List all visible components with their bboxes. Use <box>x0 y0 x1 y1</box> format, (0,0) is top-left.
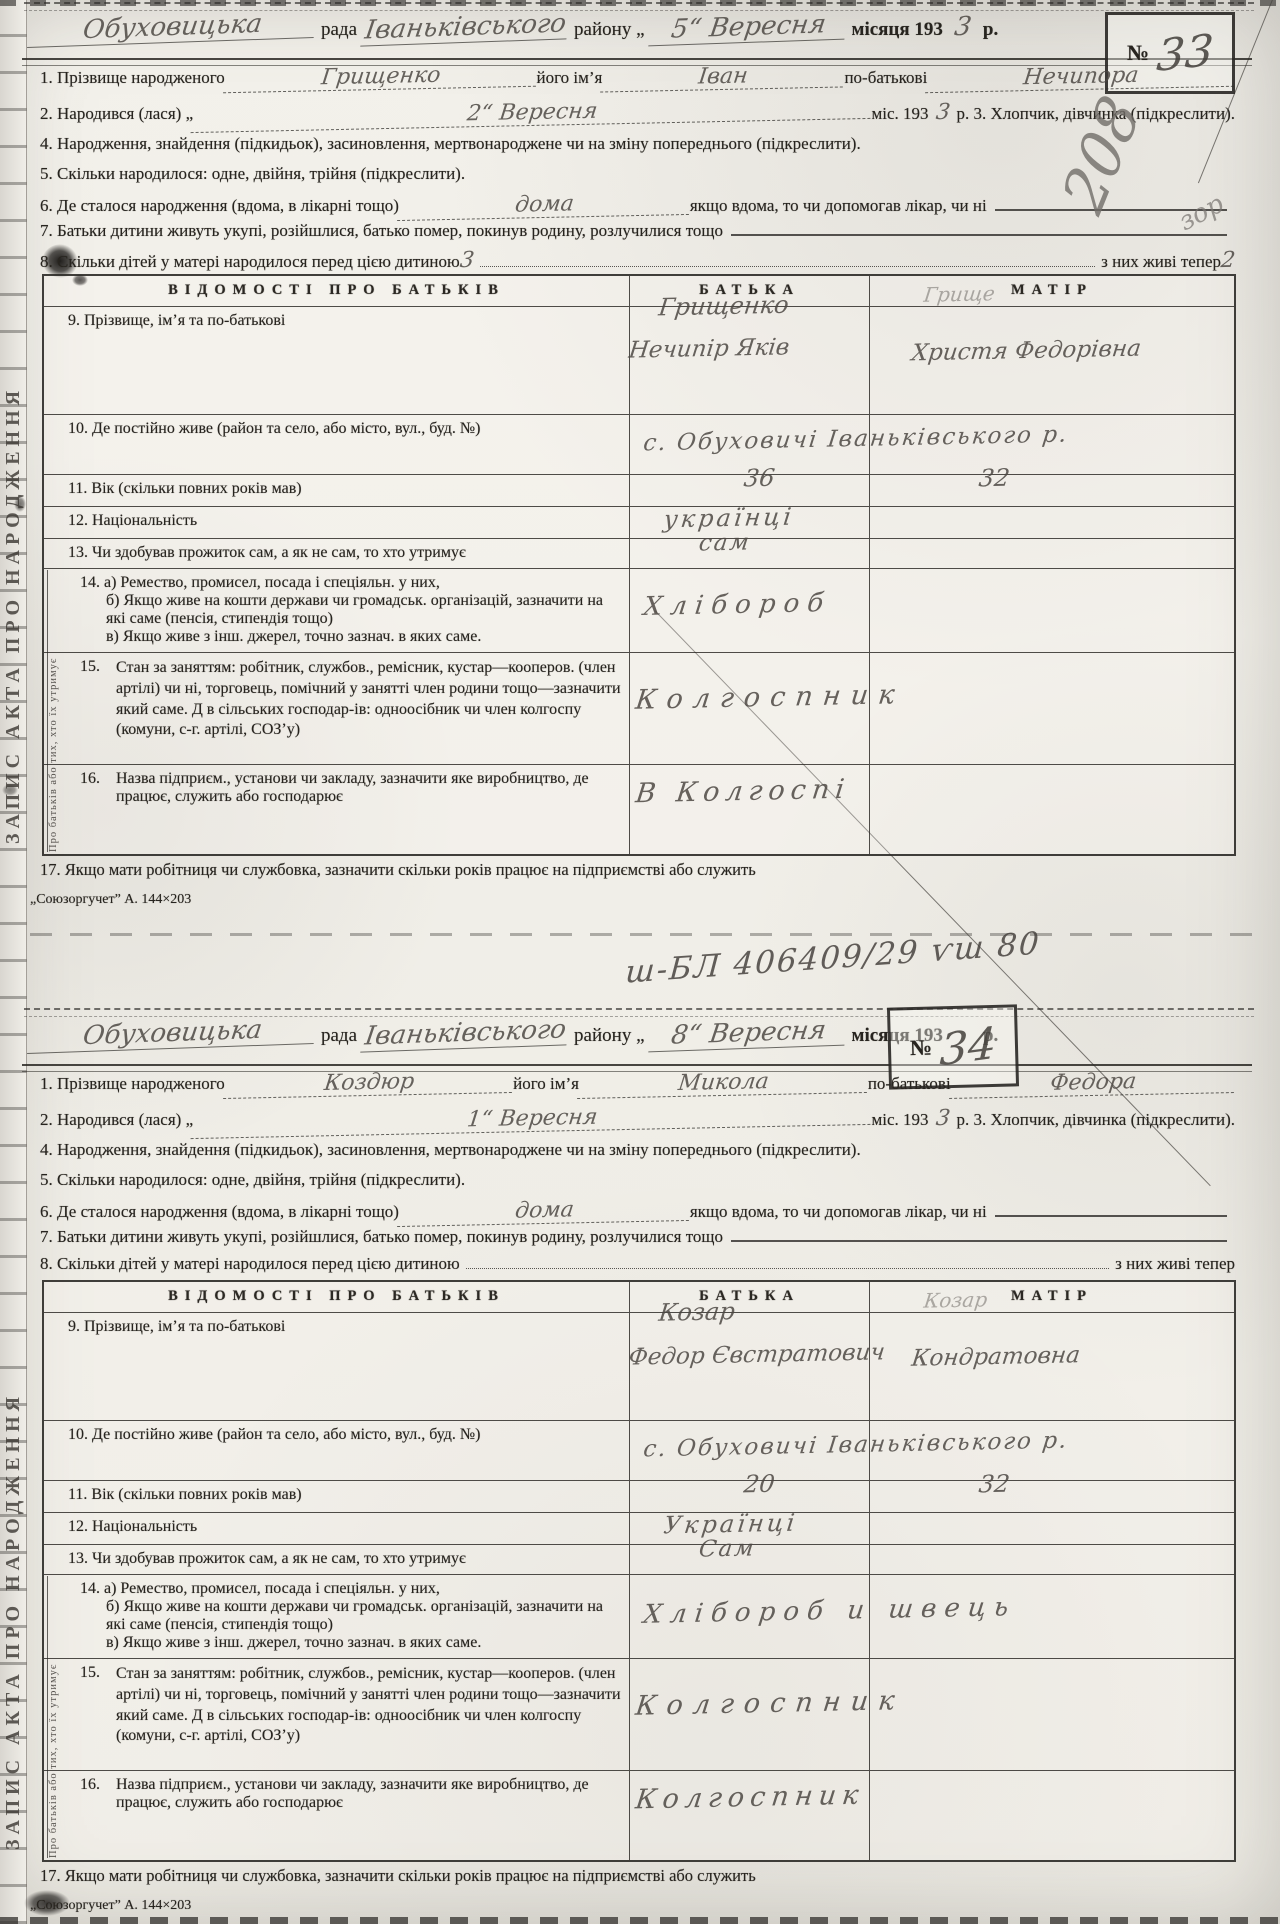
line-6-birthplace: 6. Де сталося народження (вдома, в лікар… <box>40 192 1235 218</box>
form-header: Обуховицька рада Іваньківського району „… <box>30 12 1080 43</box>
row16-number: 16. <box>80 770 110 806</box>
father-name-handwritten: Федор Євстратович <box>627 1339 886 1370</box>
table-header-row: ВІДОМОСТІ ПРО БАТЬКІВ БАТЬКА МАТІР <box>44 276 1234 306</box>
father-name-handwritten: Нечипір Яків <box>627 334 791 363</box>
birth-year-digit-handwritten: 3 <box>927 1106 958 1132</box>
birth-date-handwritten: 2“ Вересня <box>191 93 874 133</box>
birth-date-handwritten: 1“ Вересня <box>191 1099 874 1139</box>
table-row-13-self-support: 13. Чи здобував прожиток сам, а як не са… <box>44 538 1234 568</box>
row14c-label: в) Якщо живе з інш. джерел, точно зазнач… <box>80 1634 621 1652</box>
district-name-handwritten: Іваньківського <box>360 1014 571 1052</box>
form-imprint: „Союзоргучет” А. 144×203 <box>30 1898 191 1914</box>
label-born: 2. Народився (лася) „ <box>40 104 193 124</box>
label-birth-type: 4. Народження, знайдення (підкидьок), за… <box>40 1140 861 1160</box>
label-doctor-help: якщо вдома, то чи допомогав лікар, чи ні <box>690 196 987 216</box>
row11-label: 11. Вік (скільки повних років мав) <box>68 1486 302 1503</box>
label-mis: міс. 193 <box>871 1110 928 1130</box>
table-row-16-enterprise: 16. Назва підприєм., установи чи закладу… <box>44 764 1234 854</box>
mother-age-handwritten: 32 <box>977 1470 1011 1499</box>
line-5-multiplicity: 5. Скільки народилося: одне, двійня, трі… <box>40 1170 1235 1190</box>
child-patronymic-handwritten: Нечипора <box>925 61 1237 93</box>
father-age-handwritten: 20 <box>742 1470 776 1499</box>
line-8-prior-children: 8. Скільки дітей у матері народилося пер… <box>40 248 1235 273</box>
self-support-handwritten: Сам <box>697 1535 757 1562</box>
birth-record-form-1: ЗАПИС АКТА ПРО НАРОДЖЕННЯ Обуховицька ра… <box>30 8 1255 920</box>
birthplace-handwritten: дома <box>397 1195 692 1227</box>
row14a-label: 14. а) Ремество, промисел, посада і спец… <box>80 574 621 592</box>
label-patronymic: по-батькові <box>844 68 927 88</box>
line-6-birthplace: 6. Де сталося народження (вдома, в лікар… <box>40 1198 1235 1224</box>
table-row-11-age: 11. Вік (скільки повних років мав) 36 32 <box>44 474 1234 506</box>
label-children-before: 8. Скільки дітей у матері народилося пер… <box>40 1254 460 1274</box>
label-children-alive: з них живі тепер <box>1115 1254 1235 1274</box>
sheet-seam <box>30 933 1260 936</box>
child-name-handwritten: Микола <box>577 1067 870 1099</box>
children-alive-handwritten: 2 <box>1219 248 1236 273</box>
row17-label: 17. Якщо мати робітниця чи службовка, за… <box>40 1866 756 1886</box>
table-row-12-nationality: 12. Національність українці <box>44 506 1234 538</box>
label-birth-type: 4. Народження, знайдення (підкидьок), за… <box>40 134 861 154</box>
table-header-row: ВІДОМОСТІ ПРО БАТЬКІВ БАТЬКА МАТІР <box>44 1282 1234 1312</box>
child-patronymic-handwritten: Федора <box>949 1067 1237 1099</box>
mother-name-handwritten: Христя Федорівна <box>910 336 1142 367</box>
row15-number: 15. <box>80 658 110 741</box>
row10-label: 10. Де постійно живе (район та село, або… <box>68 420 480 437</box>
birthplace-handwritten: дома <box>397 189 692 221</box>
number-sign: № <box>910 1035 933 1062</box>
row15-label: Стан за заняттям: робітник, службов., ре… <box>116 658 621 741</box>
blank-line <box>466 1268 1109 1269</box>
parents-table: ВІДОМОСТІ ПРО БАТЬКІВ БАТЬКА МАТІР 9. Пр… <box>42 274 1236 856</box>
label-surname: 1. Прізвище народженого <box>40 1074 225 1094</box>
blank-line <box>731 234 1227 236</box>
row13-label: 13. Чи здобував прожиток сам, а як не са… <box>68 544 466 561</box>
parents-table: ВІДОМОСТІ ПРО БАТЬКІВ БАТЬКА МАТІР 9. Пр… <box>42 1280 1236 1862</box>
birth-year-digit-handwritten: 3 <box>927 100 958 126</box>
class-status-handwritten: Колгоспник <box>634 679 906 716</box>
label-month-year: місяця 193 <box>846 19 949 41</box>
father-surname-handwritten: Грищенко <box>657 291 790 322</box>
table-row-13-self-support: 13. Чи здобував прожиток сам, а як не са… <box>44 1544 1234 1574</box>
line-7-parents-status: 7. Батьки дитини живуть укупі, розійшлис… <box>40 221 1235 241</box>
line-4-birth-type: 4. Народження, знайдення (підкидьок), за… <box>40 134 1235 154</box>
left-margin-vertical-title: ЗАПИС АКТА ПРО НАРОДЖЕННЯ <box>2 1134 28 1850</box>
row14b-label: б) Якщо живе на кошти держави чи громадс… <box>80 1598 621 1634</box>
label-doctor-help: якщо вдома, то чи допомогав лікар, чи ні <box>690 1202 987 1222</box>
label-rada: рада <box>315 19 363 41</box>
registration-date-handwritten: 5“ Вересня <box>648 9 848 47</box>
row15-number: 15. <box>80 1664 110 1747</box>
table-row-11-age: 11. Вік (скільки повних років мав) 20 32 <box>44 1480 1234 1512</box>
row14a-label: 14. а) Ремество, промисел, посада і спец… <box>80 1580 621 1598</box>
self-support-handwritten: сам <box>697 529 752 556</box>
year-digit-handwritten: 3 <box>947 12 979 43</box>
table-row-14-occupation: 14. а) Ремество, промисел, посада і спец… <box>44 1574 1234 1658</box>
occupation-handwritten: Хлібороб <box>642 588 833 622</box>
label-rayonu: району „ <box>568 19 650 41</box>
mother-age-handwritten: 32 <box>977 464 1011 493</box>
table-row-9-names: 9. Прізвище, ім’я та по-батькові Грищенк… <box>44 306 1234 414</box>
label-children-alive: з них живі тепер <box>1101 252 1221 272</box>
table-row-10-residence: 10. Де постійно живе (район та село, або… <box>44 414 1234 474</box>
form-imprint: „Союзоргучет” А. 144×203 <box>30 892 191 908</box>
label-r: р. <box>977 19 1004 41</box>
table-side-vertical-label: Про батьків або тих, хто їх утримує <box>47 1576 69 1858</box>
mother-surname-handwritten: Козар <box>922 1287 988 1312</box>
mother-name-handwritten: Кондратовна <box>910 1342 1081 1372</box>
row12-label: 12. Національність <box>68 512 197 529</box>
district-name-handwritten: Іваньківського <box>360 8 571 46</box>
child-surname-handwritten: Коздюр <box>223 1067 515 1099</box>
birth-record-form-2: ЗАПИС АКТА ПРО НАРОДЖЕННЯ Обуховицька ра… <box>30 1014 1255 1924</box>
row10-label: 10. Де постійно живе (район та село, або… <box>68 1426 480 1443</box>
row13-label: 13. Чи здобував прожиток сам, а як не са… <box>68 1550 466 1567</box>
line-4-birth-type: 4. Народження, знайдення (підкидьок), за… <box>40 1140 1235 1160</box>
label-given-name: його ім’я <box>536 68 602 88</box>
label-surname: 1. Прізвище народженого <box>40 68 225 88</box>
council-name-handwritten: Обуховицька <box>27 7 318 48</box>
row16-number: 16. <box>80 1776 110 1812</box>
child-name-handwritten: Іван <box>600 61 846 92</box>
table-row-10-residence: 10. Де постійно живе (район та село, або… <box>44 1420 1234 1480</box>
label-patronymic: по-батькові <box>868 1074 951 1094</box>
table-row-12-nationality: 12. Національність Українці <box>44 1512 1234 1544</box>
row9-label: 9. Прізвище, ім’я та по-батькові <box>68 312 285 329</box>
row14c-label: в) Якщо живе з інш. джерел, точно зазнач… <box>80 628 621 646</box>
class-status-handwritten: Колгоспник <box>634 1685 906 1722</box>
blank-line <box>480 266 1095 267</box>
line-2-birthdate: 2. Народився (лася) „ 2“ Вересня міс. 19… <box>40 100 1235 126</box>
blank-line <box>731 1240 1227 1242</box>
label-multiplicity: 5. Скільки народилося: одне, двійня, трі… <box>40 1170 465 1190</box>
father-age-handwritten: 36 <box>742 464 776 493</box>
table-side-vertical-label: Про батьків або тих, хто їх утримує <box>47 570 69 852</box>
row9-label: 9. Прізвище, ім’я та по-батькові <box>68 1318 285 1335</box>
label-sex: р. 3. Хлопчик, дівчинка (підкреслити). <box>957 1110 1235 1130</box>
label-parents-status: 7. Батьки дитини живуть укупі, розійшлис… <box>40 1227 723 1247</box>
council-name-handwritten: Обуховицька <box>27 1013 318 1054</box>
left-margin-vertical-title: ЗАПИС АКТА ПРО НАРОДЖЕННЯ <box>2 128 28 844</box>
line-17-mother-worker: 17. Якщо мати робітниця чи службовка, за… <box>40 860 1235 880</box>
label-born: 2. Народився (лася) „ <box>40 1110 193 1130</box>
label-birthplace: 6. Де сталося народження (вдома, в лікар… <box>40 1202 399 1222</box>
label-rada: рада <box>315 1025 363 1047</box>
line-7-parents-status: 7. Батьки дитини живуть укупі, розійшлис… <box>40 1227 1235 1247</box>
table-row-16-enterprise: 16. Назва підприєм., установи чи закладу… <box>44 1770 1234 1860</box>
enterprise-handwritten: В Колгоспі <box>634 774 852 809</box>
table-row-15-class-status: 15. Стан за заняттям: робітник, службов.… <box>44 652 1234 764</box>
registration-date-handwritten: 8“ Вересня <box>648 1015 848 1053</box>
label-rayonu: району „ <box>568 1025 650 1047</box>
mother-surname-handwritten: Грище <box>922 281 996 306</box>
table-row-9-names: 9. Прізвище, ім’я та по-батькові Козар Ф… <box>44 1312 1234 1420</box>
row17-label: 17. Якщо мати робітниця чи службовка, за… <box>40 860 756 880</box>
line-1-name: 1. Прізвище народженого Коздюр його ім’я… <box>40 1070 1235 1096</box>
line-2-birthdate: 2. Народився (лася) „ 1“ Вересня міс. 19… <box>40 1106 1235 1132</box>
label-parents-status: 7. Батьки дитини живуть укупі, розійшлис… <box>40 221 723 241</box>
line-8-prior-children: 8. Скільки дітей у матері народилося пер… <box>40 1254 1235 1274</box>
label-given-name: його ім’я <box>513 1074 579 1094</box>
header-info: ВІДОМОСТІ ПРО БАТЬКІВ <box>44 1282 629 1312</box>
nationality-handwritten: Українці <box>662 1509 799 1540</box>
header-info: ВІДОМОСТІ ПРО БАТЬКІВ <box>44 276 629 306</box>
line-1-name: 1. Прізвище народженого Грищенко його ім… <box>40 64 1235 90</box>
child-surname-handwritten: Грищенко <box>223 61 539 94</box>
row11-label: 11. Вік (скільки повних років мав) <box>68 480 302 497</box>
label-children-before: 8. Скільки дітей у матері народилося пер… <box>40 252 460 272</box>
row16-label: Назва підприєм., установи чи закладу, за… <box>116 770 621 806</box>
record-number-handwritten: 34 <box>939 1018 998 1076</box>
blank-line <box>995 1215 1227 1217</box>
father-surname-handwritten: Козар <box>657 1297 736 1327</box>
nationality-handwritten: українці <box>662 503 796 534</box>
table-row-15-class-status: 15. Стан за заняттям: робітник, службов.… <box>44 1658 1234 1770</box>
table-row-14-occupation: 14. а) Ремество, промисел, посада і спец… <box>44 568 1234 652</box>
row15-label: Стан за заняттям: робітник, службов., ре… <box>116 1664 621 1747</box>
row14b-label: б) Якщо живе на кошти держави чи громадс… <box>80 592 621 628</box>
label-multiplicity: 5. Скільки народилося: одне, двійня, трі… <box>40 164 465 184</box>
line-17-mother-worker: 17. Якщо мати робітниця чи службовка, за… <box>40 1866 1235 1886</box>
label-mis: міс. 193 <box>871 104 928 124</box>
scanned-page: ш-БЛ 406409/29 ѵш 80 ЗАПИС АКТА ПРО НАРО… <box>0 0 1280 1924</box>
row16-label: Назва підприєм., установи чи закладу, за… <box>116 1776 621 1812</box>
enterprise-handwritten: Колгоспник <box>634 1780 866 1816</box>
children-before-handwritten: 3 <box>458 248 475 273</box>
label-birthplace: 6. Де сталося народження (вдома, в лікар… <box>40 196 399 216</box>
row12-label: 12. Національність <box>68 1518 197 1535</box>
